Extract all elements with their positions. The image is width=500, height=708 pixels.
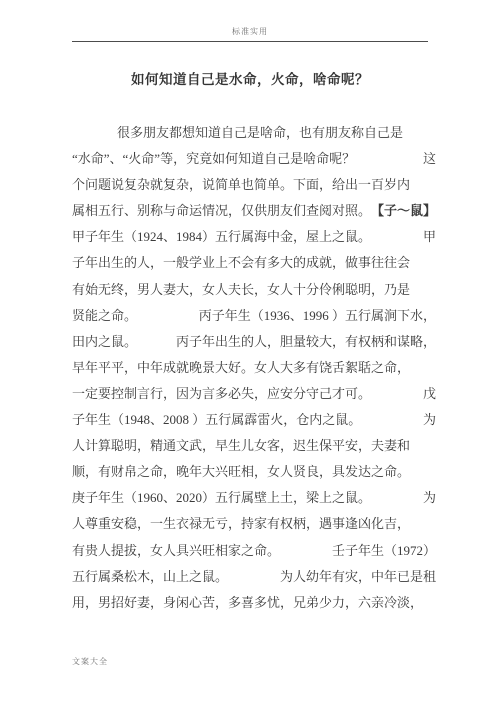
document-line: 个问题说复杂就复杂，说简单也简单。下面，给出一百岁内 xyxy=(72,172,436,198)
document-body: 很多朋友都想知道自己是啥命，也有朋友称自己是 “水命”、“火命”等，究竟如何知道… xyxy=(72,120,436,616)
line-text: 戊 xyxy=(423,381,436,407)
header-divider xyxy=(72,41,428,42)
document-line: 用，男招好妻，身闲心苦，多喜多忧，兄弟少力，六亲冷淡， xyxy=(72,590,436,616)
document-line: 庚子年生（1960、2020）五行属壁上土，梁上之鼠。 为 xyxy=(72,485,436,511)
document-line: 人尊重安稳，一生衣禄无亏，持家有权柄，遇事逢凶化吉， xyxy=(72,511,436,537)
document-line: 五行属桑松木，山上之鼠。 为人幼年有灾，中年已是租 xyxy=(72,564,436,590)
document-line: 属相五行、别称与命运情况，仅供朋友们查阅对照。 【子～鼠】 xyxy=(72,198,436,224)
line-text: 子年生（1948、2008 ）五行属霹雷火，仓内之鼠。 xyxy=(72,407,361,433)
line-text: 甲 xyxy=(423,224,436,250)
document-line: 有始无终，男人妻大，女人夫长，女人十分伶俐聪明，乃是 xyxy=(72,277,436,303)
line-text: 人计算聪明，精通文武，早生儿女客，迟生保平安，夫妻和 xyxy=(72,433,410,459)
line-text-emphasis: 【子～鼠】 xyxy=(371,198,436,224)
line-text: “水命”、“火命”等，究竟如何知道自己是啥命呢？ xyxy=(72,146,355,172)
document-line: 子年出生的人，一般学业上不会有多大的成就，做事往往会 xyxy=(72,250,436,276)
line-text: 有始无终，男人妻大，女人夫长，女人十分伶俐聪明，乃是 xyxy=(72,277,410,303)
line-text: 很多朋友都想知道自己是啥命，也有朋友称自己是 xyxy=(117,120,403,146)
document-page: 标准实用 如何知道自己是水命，火命，啥命呢？ 很多朋友都想知道自己是啥命，也有朋… xyxy=(0,0,500,708)
line-text: 有贵人提拔，女人具兴旺相家之命。 xyxy=(72,538,280,564)
line-text: 个问题说复杂就复杂，说简单也简单。下面，给出一百岁内 xyxy=(72,172,410,198)
line-text: 甲子年生（1924、1984）五行属海中金，屋上之鼠。 xyxy=(72,224,371,250)
document-line: 甲子年生（1924、1984）五行属海中金，屋上之鼠。 甲 xyxy=(72,224,436,250)
line-text: 丙子年生（1936、1996 ）五行属涧下水， xyxy=(199,303,436,329)
line-text: 庚子年生（1960、2020）五行属壁上土，梁上之鼠。 xyxy=(72,485,371,511)
document-title: 如何知道自己是水命，火命，啥命呢？ xyxy=(0,68,500,88)
line-text: 用，男招好妻，身闲心苦，多喜多忧，兄弟少力，六亲冷淡， xyxy=(72,590,423,616)
document-line: 人计算聪明，精通文武，早生儿女客，迟生保平安，夫妻和 xyxy=(72,433,436,459)
document-line: 有贵人提拔，女人具兴旺相家之命。 壬子年生（1972） xyxy=(72,538,436,564)
document-line: 田内之鼠。 丙子年出生的人，胆量较大，有权柄和谋略， xyxy=(72,329,436,355)
document-line: 一定要控制言行，因为言多必失，应安分守己才可。 戊 xyxy=(72,381,436,407)
document-line: 贤能之命。 丙子年生（1936、1996 ）五行属涧下水， xyxy=(72,303,436,329)
line-text: 属相五行、别称与命运情况，仅供朋友们查阅对照。 xyxy=(72,198,371,224)
line-text: 人尊重安稳，一生衣禄无亏，持家有权柄，遇事逢凶化吉， xyxy=(72,511,410,537)
line-text: 丙子年出生的人，胆量较大，有权柄和谋略， xyxy=(176,329,436,355)
line-text: 这 xyxy=(423,146,436,172)
line-text: 早年平平，中年成就晚景大好。女人大多有饶舌絮聒之命， xyxy=(72,355,410,381)
document-line: “水命”、“火命”等，究竟如何知道自己是啥命呢？ 这 xyxy=(72,146,436,172)
document-line: 子年生（1948、2008 ）五行属霹雷火，仓内之鼠。 为 xyxy=(72,407,436,433)
page-header: 标准实用 xyxy=(0,26,500,37)
line-text: 壬子年生（1972） xyxy=(332,538,436,564)
line-text: 子年出生的人，一般学业上不会有多大的成就，做事往往会 xyxy=(72,250,410,276)
line-text: 田内之鼠。 xyxy=(72,329,137,355)
line-text: 贤能之命。 xyxy=(72,303,137,329)
line-text: 顺，有财帛之命，晚年大兴旺相，女人贤良，具发达之命。 xyxy=(72,459,410,485)
line-text: 一定要控制言行，因为言多必失，应安分守己才可。 xyxy=(72,381,371,407)
line-text: 为 xyxy=(423,485,436,511)
line-text: 为人幼年有灾，中年已是租 xyxy=(280,564,436,590)
document-line: 很多朋友都想知道自己是啥命，也有朋友称自己是 xyxy=(72,120,436,146)
line-text: 五行属桑松木，山上之鼠。 xyxy=(72,564,228,590)
document-line: 早年平平，中年成就晚景大好。女人大多有饶舌絮聒之命， xyxy=(72,355,436,381)
line-text: 为 xyxy=(423,407,436,433)
document-line: 顺，有财帛之命，晚年大兴旺相，女人贤良，具发达之命。 xyxy=(72,459,436,485)
page-footer: 文案大全 xyxy=(72,656,108,667)
